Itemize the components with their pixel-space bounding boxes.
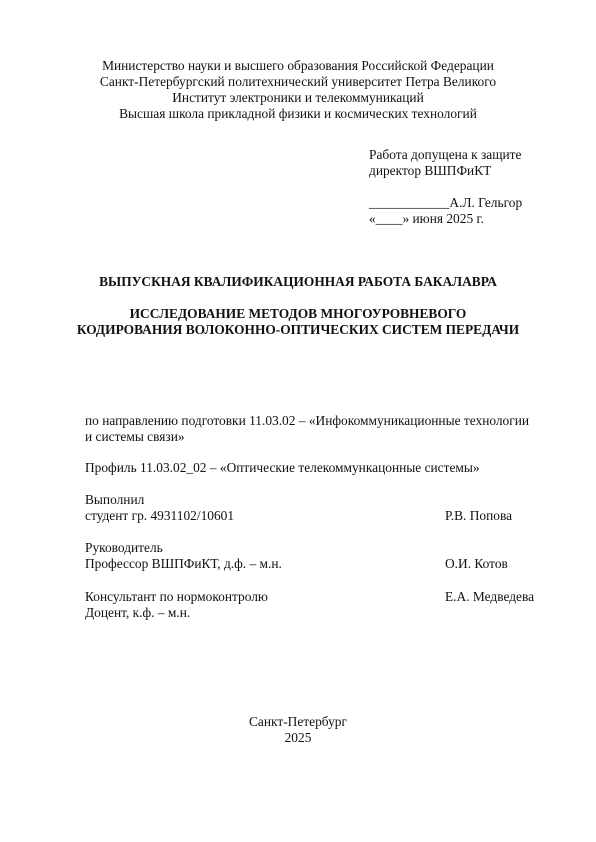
- approval-date: «____» июня 2025 г.: [369, 211, 484, 227]
- university-name: Санкт-Петербургский политехнический унив…: [0, 74, 596, 90]
- direction-line-2: и системы связи»: [85, 429, 185, 445]
- supervisor-role: Руководитель: [85, 540, 163, 556]
- approval-signature: ____________А.Л. Гельгор: [369, 195, 522, 211]
- school-name: Высшая школа прикладной физики и космиче…: [0, 106, 596, 122]
- profile-line: Профиль 11.03.02_02 – «Оптические телеко…: [85, 460, 480, 476]
- topic-line-2: КОДИРОВАНИЯ ВОЛОКОННО-ОПТИЧЕСКИХ СИСТЕМ …: [0, 322, 596, 338]
- work-type: ВЫПУСКНАЯ КВАЛИФИКАЦИОННАЯ РАБОТА БАКАЛА…: [0, 274, 596, 290]
- consultant-position: Доцент, к.ф. – м.н.: [85, 605, 190, 621]
- supervisor-name: О.И. Котов: [445, 556, 508, 572]
- approval-line-2: директор ВШПФиКТ: [369, 163, 491, 179]
- ministry-name: Министерство науки и высшего образования…: [0, 58, 596, 74]
- consultant-name: Е.А. Медведева: [445, 589, 534, 605]
- topic-line-1: ИССЛЕДОВАНИЕ МЕТОДОВ МНОГОУРОВНЕВОГО: [0, 306, 596, 322]
- student-name: Р.В. Попова: [445, 508, 512, 524]
- supervisor-position: Профессор ВШПФиКТ, д.ф. – м.н.: [85, 556, 282, 572]
- student-role: Выполнил: [85, 492, 144, 508]
- approval-line-1: Работа допущена к защите: [369, 147, 521, 163]
- direction-line-1: по направлению подготовки 11.03.02 – «Ин…: [85, 413, 529, 429]
- city: Санкт-Петербург: [0, 714, 596, 730]
- institute-name: Институт электроники и телекоммуникаций: [0, 90, 596, 106]
- student-position: студент гр. 4931102/10601: [85, 508, 234, 524]
- year: 2025: [0, 730, 596, 746]
- consultant-role: Консультант по нормоконтролю: [85, 589, 268, 605]
